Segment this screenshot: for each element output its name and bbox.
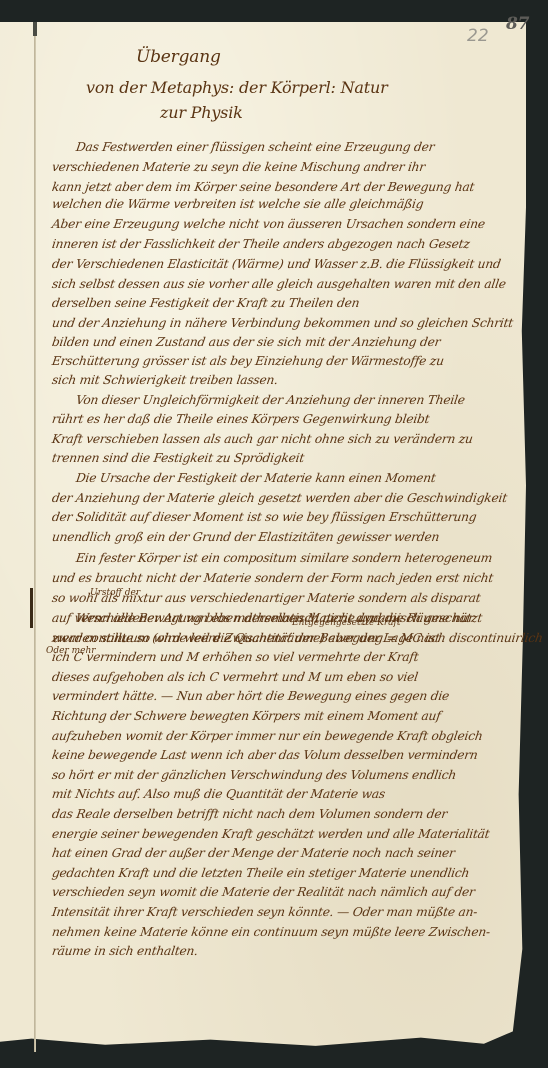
manuscript-line: ich C vermindern und M erhöhen so viel v… xyxy=(51,650,419,664)
manuscript-line: inneren ist der Fasslichkeit der Theile … xyxy=(51,237,471,251)
manuscript-line: Erschütterung grösser ist als bey Einzie… xyxy=(51,354,445,368)
manuscript-line: nehmen keine Materie könne ein continuum… xyxy=(51,925,491,939)
manuscript-line: räume in sich enthalten. xyxy=(51,944,199,958)
manuscript-line: aufzuheben womit der Körper immer nur ei… xyxy=(51,729,483,743)
manuscript-line: das Reale derselben betrifft nicht nach … xyxy=(51,807,448,821)
manuscript-line: bilden und einen Zustand aus der sie sic… xyxy=(51,335,441,349)
manuscript-line: kann jetzt aber dem im Körper seine beso… xyxy=(51,180,475,194)
manuscript-line: Von dieser Ungleichförmigkeit der Anzieh… xyxy=(75,393,466,407)
binding-fold-shadow xyxy=(33,22,37,36)
manuscript-line: energie seiner bewegenden Kraft geschätz… xyxy=(51,827,490,841)
manuscript-line: der Anziehung der Materie gleich gesetzt… xyxy=(51,491,508,505)
manuscript-line: so hört er mit der gänzlichen Verschwind… xyxy=(51,768,457,782)
manuscript-line: Wenn alle Bewegung blos mathematisch nic… xyxy=(75,611,483,625)
manuscript-line: Richtung der Schwere bewegten Körpers mi… xyxy=(51,709,442,723)
manuscript-line: Das Festwerden einer flüssigen scheint e… xyxy=(75,140,435,154)
manuscript-line: der Verschiedenen Elasticität (Wärme) un… xyxy=(51,257,502,271)
manuscript-line: gedachten Kraft und die letzten Theile e… xyxy=(51,866,470,880)
manuscript-line: sich selbst dessen aus sie vorher alle g… xyxy=(51,277,507,291)
binding-fold xyxy=(34,22,36,1052)
manuscript-line: und der Anziehung in nähere Verbindung b… xyxy=(51,316,514,330)
manuscript-line: derselben seine Festigkeit der Kraft zu … xyxy=(51,296,360,310)
margin-note: Oder mehr xyxy=(46,646,96,656)
manuscript-line: werden sollte so wird weil die Quantität… xyxy=(51,631,441,645)
manuscript-line: Die Ursache der Festigkeit der Materie k… xyxy=(75,471,437,485)
manuscript-line: keine bewegende Last wenn ich aber das V… xyxy=(51,748,479,762)
folio-ink-number: 87 xyxy=(506,14,529,34)
manuscript-line: Aber eine Erzeugung welche nicht von äus… xyxy=(51,217,486,231)
interlinear-note-2: Entgegengesetzte Kraft xyxy=(292,618,401,628)
manuscript-line: Kraft verschieben lassen als auch gar ni… xyxy=(51,432,474,446)
heading-line-1: Übergang xyxy=(136,47,221,67)
margin-bracket-mark xyxy=(30,588,33,628)
manuscript-line: verschieden seyn womit die Materie der R… xyxy=(51,885,476,899)
heading-line-3: zur Physik xyxy=(160,103,243,122)
manuscript-line: hat einen Grad der außer der Menge der M… xyxy=(51,846,456,860)
folio-pencil-number: 22 xyxy=(467,26,489,46)
manuscript-line: Intensität ihrer Kraft verschieden seyn … xyxy=(51,905,478,919)
manuscript-line: verschiedenen Materie zu seyn die keine … xyxy=(51,160,426,174)
manuscript-line: der Solidität auf dieser Moment ist so w… xyxy=(51,510,477,524)
interlinear-note-1: Urstoff der xyxy=(90,588,140,598)
manuscript-line: dieses aufgehoben als ich C vermehrt und… xyxy=(51,670,419,684)
manuscript-line: und es braucht nicht der Materie sondern… xyxy=(51,571,494,585)
manuscript-line: vermindert hätte. — Nun aber hört die Be… xyxy=(51,689,450,703)
manuscript-line: rührt es her daß die Theile eines Körper… xyxy=(51,412,430,426)
manuscript-line: mit Nichts auf. Also muß die Quantität d… xyxy=(51,787,386,801)
manuscript-line: Ein fester Körper ist ein compositum sim… xyxy=(75,551,493,565)
manuscript-line: sich mit Schwierigkeit treiben lassen. xyxy=(51,373,279,387)
manuscript-line: trennen sind die Festigkeit zu Sprödigke… xyxy=(51,451,305,465)
heading-line-2: von der Metaphys: der Körperl: Natur xyxy=(86,78,388,97)
manuscript-line: unendlich groß ein der Grund der Elastiz… xyxy=(51,530,440,544)
manuscript-line: welchen die Wärme verbreiten ist welche … xyxy=(51,197,424,211)
